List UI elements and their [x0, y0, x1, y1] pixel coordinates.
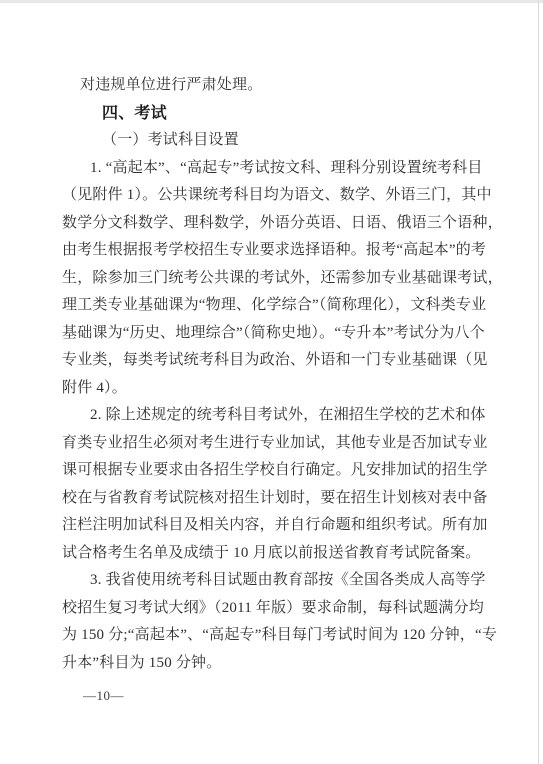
body-text: 对违规单位进行严肃处理。四、考试（一）考试科目设置1. “高起本”、“高起专”考…	[62, 72, 487, 704]
text-line: 试合格考生名单及成绩于 10 月底以前报送省教育考试院备案。	[62, 540, 487, 568]
text-line: 校在与省教育考试院核对招生计划时，要在招生计划核对表中备	[62, 485, 487, 513]
scan-edge-top	[0, 0, 543, 3]
text-line: 升本”科目为 150 分钟。	[62, 650, 487, 678]
text-line: 由考生根据报考学校招生专业要求选择语种。报考“高起本”的考	[62, 237, 487, 265]
text-line: 为 150 分;“高起本”、“高起专”科目每门考试时间为 120 分钟，“专	[62, 622, 487, 650]
text-line: （见附件 1）。公共课统考科目均为语文、数学、外语三门，其中	[62, 182, 487, 210]
text-line: 1. “高起本”、“高起专”考试按文科、理科分别设置统考科目	[62, 155, 487, 183]
text-line: 校招生复习考试大纲》（2011 年版）要求命制，每科试题满分均	[62, 595, 487, 623]
text-line: 专业类，每类考试统考科目为政治、外语和一门专业基础课（见	[62, 347, 487, 375]
text-line: 对违规单位进行严肃处理。	[62, 72, 487, 100]
document-page: 对违规单位进行严肃处理。四、考试（一）考试科目设置1. “高起本”、“高起专”考…	[0, 0, 543, 764]
text-line: 附件 4）。	[62, 375, 487, 403]
text-line: 注栏注明加试科目及相关内容，并自行命题和组织考试。所有加	[62, 512, 487, 540]
text-line: 课可根据专业要求由各招生学校自行确定。凡安排加试的招生学	[62, 457, 487, 485]
text-line: 生，除参加三门统考公共课的考试外，还需参加专业基础课考试，	[62, 265, 487, 293]
text-line: 数学分文科数学、理科数学，外语分英语、日语、俄语三个语种，	[62, 210, 487, 238]
scan-edge-right	[538, 0, 539, 764]
text-line: 3. 我省使用统考科目试题由教育部按《全国各类成人高等学	[62, 567, 487, 595]
section-heading: 四、考试	[62, 100, 487, 128]
text-line: 理工类专业基础课为“物理、化学综合”（简称理化），文科类专业	[62, 292, 487, 320]
text-line: 基础课为“历史、地理综合”（简称史地）。“专升本”考试分为八个	[62, 320, 487, 348]
page-number: —10—	[62, 688, 487, 704]
text-line: 2. 除上述规定的统考科目考试外，在湘招生学校的艺术和体	[62, 402, 487, 430]
text-line: 育类专业招生必须对考生进行专业加试，其他专业是否加试专业	[62, 430, 487, 458]
subsection-heading: （一）考试科目设置	[62, 127, 487, 155]
